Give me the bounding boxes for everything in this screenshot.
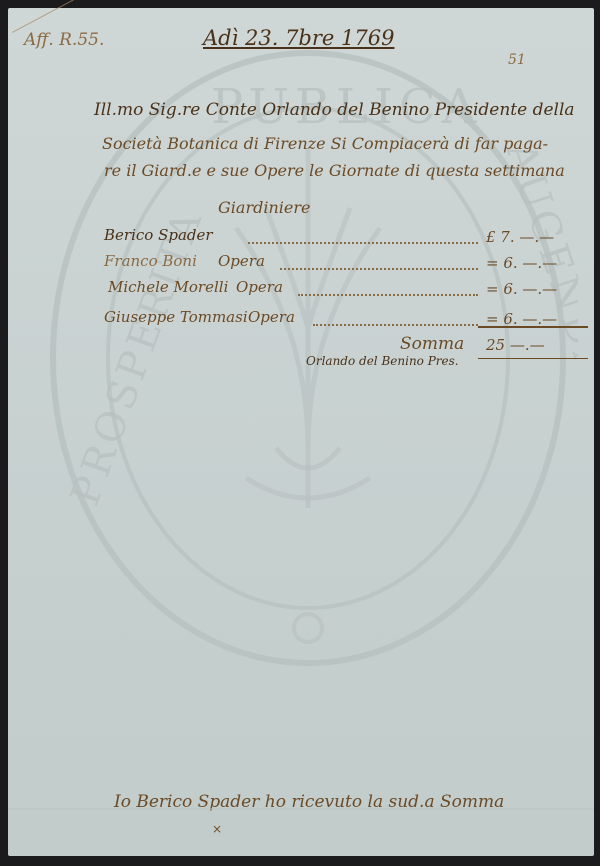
paper-fold	[8, 808, 594, 810]
total-underline	[478, 358, 588, 359]
body-line-1: Ill.mo Sig.re Conte Orlando del Benino P…	[94, 100, 575, 120]
receipt-mark: ×	[212, 822, 222, 836]
archive-reference: Aff. R.55.	[24, 30, 104, 50]
total-rule	[478, 326, 588, 328]
leader-dots	[313, 324, 478, 326]
total-label: Somma	[400, 334, 464, 354]
ledger-amount: £ 7. —.—	[486, 228, 554, 246]
leader-dots	[298, 294, 478, 296]
ledger-name: Franco Boni	[104, 252, 197, 270]
folio-number: 51	[508, 52, 526, 68]
ledger-role: Opera	[236, 278, 283, 296]
section-heading: Giardiniere	[218, 198, 310, 217]
leader-dots	[248, 242, 478, 244]
body-line-3: re il Giard.e e sue Opere le Giornate di…	[104, 161, 565, 180]
ledger-name: Giuseppe Tommasi	[104, 308, 248, 326]
manuscript-page: PUBLICA PROSPERITA AUGENDAE Aff. R.55. A…	[8, 8, 594, 856]
date-line: Adì 23. 7bre 1769	[203, 26, 394, 50]
ledger-role: Opera	[248, 308, 295, 326]
ledger-name: Berico Spader	[104, 226, 213, 244]
signature: Orlando del Benino Pres.	[306, 354, 459, 368]
ledger-amount: = 6. —.—	[486, 254, 557, 272]
body-line-2: Società Botanica di Firenze Si Compiacer…	[102, 134, 548, 153]
svg-text:PROSPERITA: PROSPERITA	[62, 202, 212, 512]
ledger-role: Opera	[218, 252, 265, 270]
ledger-amount: = 6. —.—	[486, 280, 557, 298]
total-amount: 25 —.—	[486, 336, 545, 354]
leader-dots	[280, 268, 478, 270]
ledger-name: Michele Morelli	[108, 278, 228, 296]
